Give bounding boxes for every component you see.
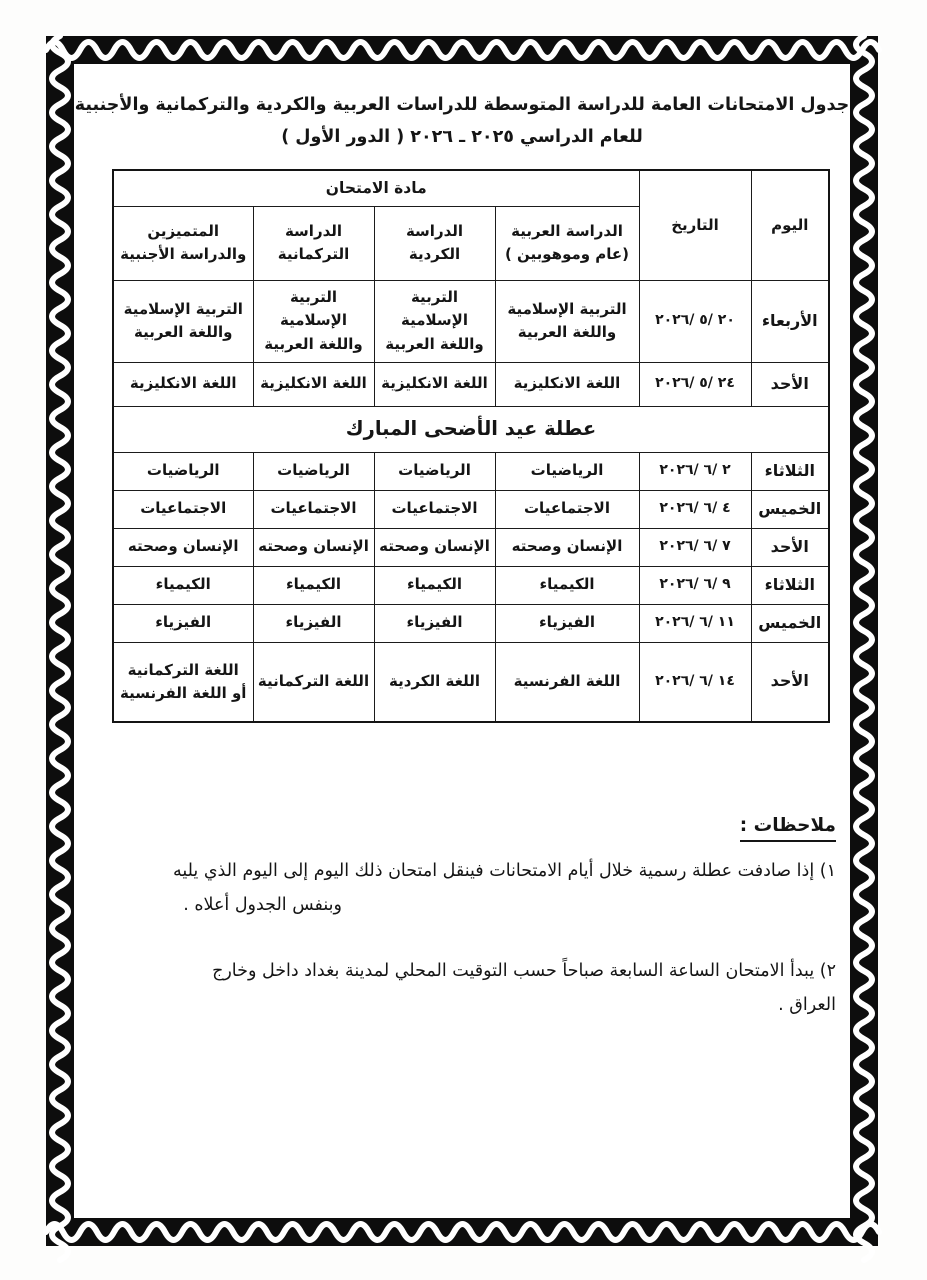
table-row: الثلاثاء٢٠٢٦/ ٦/ ٢الرياضياتالرياضياتالري… xyxy=(113,452,829,490)
notes-section: ملاحظات : ١) إذا صادفت عطلة رسمية خلال أ… xyxy=(86,815,836,1023)
subject-cell: اللغة الفرنسية xyxy=(495,642,639,722)
note-1-line-1: ١) إذا صادفت عطلة رسمية خلال أيام الامتح… xyxy=(86,854,836,888)
subject-cell: الإنسان وصحته xyxy=(113,528,253,566)
subject-cell: الاجتماعيات xyxy=(113,490,253,528)
day-cell: الأحد xyxy=(751,642,829,722)
subject-cell: الرياضيات xyxy=(113,452,253,490)
date-cell: ٢٠٢٦/ ٦/ ٤ xyxy=(639,490,751,528)
day-cell: الثلاثاء xyxy=(751,566,829,604)
subject-cell: الإنسان وصحته xyxy=(495,528,639,566)
table-row: الأحد٢٠٢٦/ ٦/ ١٤اللغة الفرنسيةاللغة الكر… xyxy=(113,642,829,722)
subject-cell: الإنسان وصحته xyxy=(253,528,374,566)
title-line-1: جدول الامتحانات العامة للدراسة المتوسطة … xyxy=(74,90,850,122)
subject-cell: اللغة الانكليزية xyxy=(113,362,253,406)
document-title: جدول الامتحانات العامة للدراسة المتوسطة … xyxy=(74,90,850,153)
subject-cell: التربية الإسلامية واللغة العربية xyxy=(253,280,374,362)
subject-cell: الكيمياء xyxy=(253,566,374,604)
subject-cell: الفيزياء xyxy=(374,604,495,642)
note-2-line-1: ٢) يبدأ الامتحان الساعة السابعة صباحاً ح… xyxy=(86,954,836,988)
subject-cell: الرياضيات xyxy=(253,452,374,490)
subject-cell: اللغة الانكليزية xyxy=(253,362,374,406)
table-row: الأحد٢٠٢٦/ ٥/ ٢٤اللغة الانكليزيةاللغة ال… xyxy=(113,362,829,406)
date-cell: ٢٠٢٦/ ٥/ ٢٠ xyxy=(639,280,751,362)
table-row: الثلاثاء٢٠٢٦/ ٦/ ٩الكيمياءالكيمياءالكيمي… xyxy=(113,566,829,604)
subject-cell: الرياضيات xyxy=(495,452,639,490)
subject-cell: الفيزياء xyxy=(113,604,253,642)
date-cell: ٢٠٢٦/ ٥/ ٢٤ xyxy=(639,362,751,406)
subject-cell: الفيزياء xyxy=(253,604,374,642)
holiday-cell: عطلة عيد الأضحى المبارك xyxy=(113,406,829,452)
subject-cell: الكيمياء xyxy=(113,566,253,604)
notes-heading: ملاحظات : xyxy=(740,815,836,842)
subject-cell: الكيمياء xyxy=(495,566,639,604)
column-header-turkmen-study: الدراسة التركمانية xyxy=(253,206,374,280)
column-header-arabic-study: الدراسة العربية (عام وموهوبين ) xyxy=(495,206,639,280)
exam-schedule-table: اليوم التاريخ مادة الامتحان الدراسة العر… xyxy=(112,169,830,723)
subject-cell: اللغة الكردية xyxy=(374,642,495,722)
date-cell: ٢٠٢٦/ ٦/ ١٤ xyxy=(639,642,751,722)
subject-cell: اللغة الانكليزية xyxy=(374,362,495,406)
note-item-1: ١) إذا صادفت عطلة رسمية خلال أيام الامتح… xyxy=(86,854,836,922)
header-row-top: اليوم التاريخ مادة الامتحان xyxy=(113,170,829,206)
table-row: الأربعاء٢٠٢٦/ ٥/ ٢٠التربية الإسلامية وال… xyxy=(113,280,829,362)
subject-cell: الكيمياء xyxy=(374,566,495,604)
day-cell: الأربعاء xyxy=(751,280,829,362)
day-cell: الثلاثاء xyxy=(751,452,829,490)
document-content: جدول الامتحانات العامة للدراسة المتوسطة … xyxy=(74,64,850,1218)
day-cell: الأحد xyxy=(751,362,829,406)
day-cell: الخميس xyxy=(751,604,829,642)
subject-cell: الاجتماعيات xyxy=(374,490,495,528)
date-cell: ٢٠٢٦/ ٦/ ٩ xyxy=(639,566,751,604)
subject-cell: التربية الإسلامية واللغة العربية xyxy=(374,280,495,362)
subject-cell: الإنسان وصحته xyxy=(374,528,495,566)
subject-cell: اللغة التركمانية xyxy=(253,642,374,722)
note-item-2: ٢) يبدأ الامتحان الساعة السابعة صباحاً ح… xyxy=(86,954,836,1022)
column-header-date: التاريخ xyxy=(639,170,751,280)
holiday-row: عطلة عيد الأضحى المبارك xyxy=(113,406,829,452)
subject-cell: الاجتماعيات xyxy=(495,490,639,528)
document-page: جدول الامتحانات العامة للدراسة المتوسطة … xyxy=(0,0,927,1280)
table-row: الخميس٢٠٢٦/ ٦/ ٤الاجتماعياتالاجتماعياتال… xyxy=(113,490,829,528)
note-1-line-2: وبنفس الجدول أعلاه . xyxy=(86,888,836,922)
table-row: الأحد٢٠٢٦/ ٦/ ٧الإنسان وصحتهالإنسان وصحت… xyxy=(113,528,829,566)
subject-cell: اللغة الانكليزية xyxy=(495,362,639,406)
day-cell: الخميس xyxy=(751,490,829,528)
title-line-2: للعام الدراسي ٢٠٢٥ ـ ٢٠٢٦ ( الدور الأول … xyxy=(74,122,850,154)
table-row: الخميس٢٠٢٦/ ٦/ ١١الفيزياءالفيزياءالفيزيا… xyxy=(113,604,829,642)
date-cell: ٢٠٢٦/ ٦/ ٧ xyxy=(639,528,751,566)
column-header-distinguished-study: المتميزين والدراسة الأجنبية xyxy=(113,206,253,280)
subject-cell: الفيزياء xyxy=(495,604,639,642)
subject-cell: الاجتماعيات xyxy=(253,490,374,528)
column-header-subject-group: مادة الامتحان xyxy=(113,170,639,206)
subject-cell: التربية الإسلامية واللغة العربية xyxy=(113,280,253,362)
date-cell: ٢٠٢٦/ ٦/ ٢ xyxy=(639,452,751,490)
date-cell: ٢٠٢٦/ ٦/ ١١ xyxy=(639,604,751,642)
subject-cell: الرياضيات xyxy=(374,452,495,490)
day-cell: الأحد xyxy=(751,528,829,566)
subject-cell: اللغة التركمانية أو اللغة الفرنسية xyxy=(113,642,253,722)
column-header-day: اليوم xyxy=(751,170,829,280)
subject-cell: التربية الإسلامية واللغة العربية xyxy=(495,280,639,362)
note-2-line-2: العراق . xyxy=(86,988,836,1022)
column-header-kurdish-study: الدراسة الكردية xyxy=(374,206,495,280)
